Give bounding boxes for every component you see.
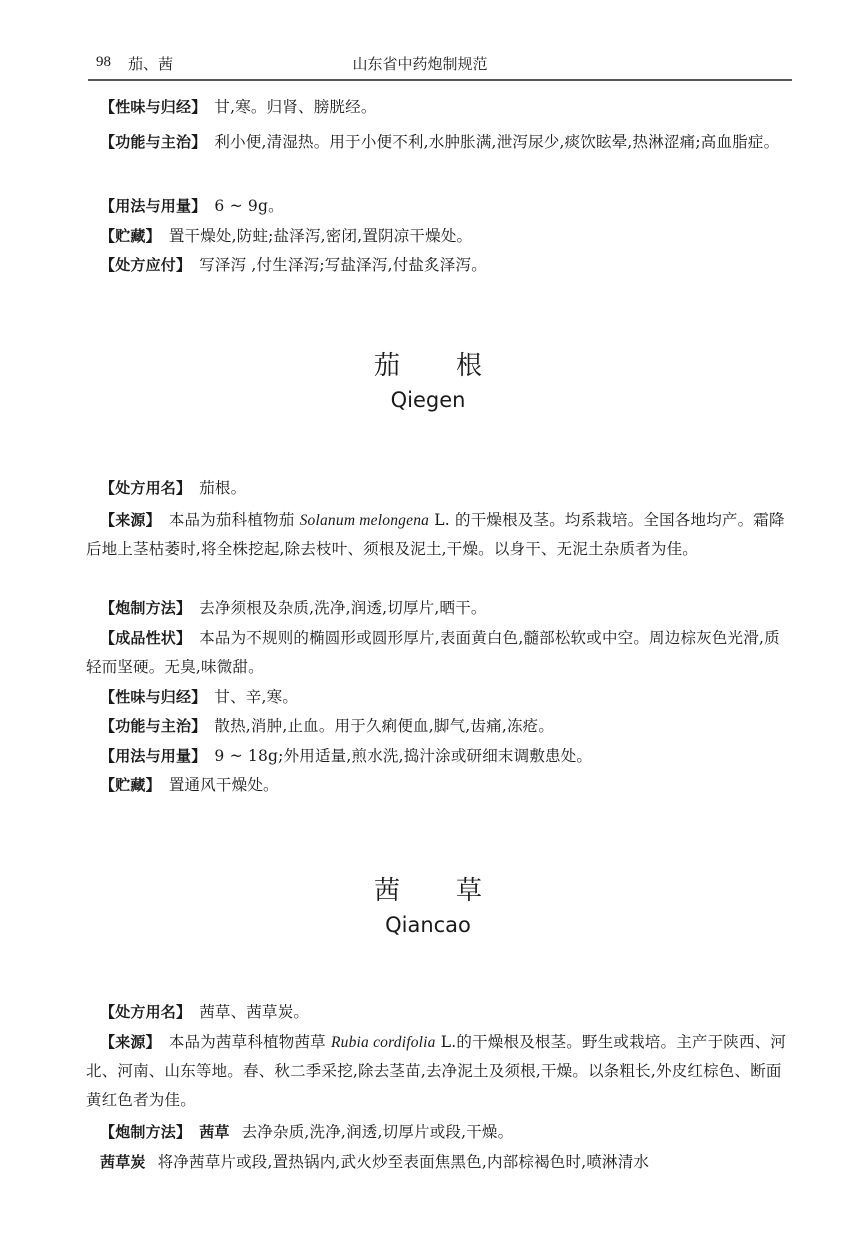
prev-xingwei: 【性味与归经】甘,寒。归肾、膀胱经。 [86, 93, 792, 122]
qiegen-paozhi: 【炮制方法】去净须根及杂质,洗净,润透,切厚片,晒干。 [86, 594, 792, 623]
section-label: 【处方应付】 [100, 256, 191, 274]
latin-name: Rubia cordifolia [331, 1034, 436, 1051]
prev-gongneng: 【功能与主治】利小便,清湿热。用于小便不利,水肿胀满,泄泻尿少,痰饮眩晕,热淋涩… [86, 128, 792, 157]
qiegen-xingzhuang: 【成品性状】本品为不规则的椭圆形或圆形厚片,表面黄白色,髓部松软或中空。周边棕灰… [86, 624, 792, 682]
qiancao-paozhi: 【炮制方法】茜草去净杂质,洗净,润透,切厚片或段,干燥。 [86, 1118, 792, 1147]
qiegen-yongfa: 【用法与用量】9 ~ 18g;外用适量,煎水洗,捣汁涂或研细末调敷患处。 [86, 742, 792, 771]
qiegen-zhucang: 【贮藏】置通风干燥处。 [86, 771, 792, 800]
qiegen-laiyuan: 【来源】本品为茄科植物茄 Solanum melongena L. 的干燥根及茎… [86, 506, 792, 564]
prev-yongfa: 【用法与用量】6 ~ 9g。 [86, 192, 792, 221]
section-label: 【用法与用量】 [100, 197, 206, 215]
page-header: 98 茄、茜 山东省中药炮制规范 [90, 50, 790, 80]
section-label: 【功能与主治】 [100, 133, 206, 151]
prev-chufang: 【处方应付】写泽泻 ,付生泽泻;写盐泽泻,付盐炙泽泻。 [86, 251, 792, 280]
latin-name: Solanum melongena [300, 512, 430, 529]
herb-chinese-name: 茄根 [0, 345, 856, 382]
qiegen-chufang-yongming: 【处方用名】茄根。 [86, 474, 792, 503]
qiegen-xingwei: 【性味与归经】甘、辛,寒。 [86, 683, 792, 712]
sublabel: 茜草炭 [100, 1153, 146, 1171]
qiancao-paozhi-tan: 茜草炭将净茜草片或段,置热锅内,武火炒至表面焦黑色,内部棕褐色时,喷淋清水 [86, 1148, 792, 1177]
sublabel: 茜草 [199, 1123, 229, 1141]
qiancao-laiyuan: 【来源】本品为茜草科植物茜草 Rubia cordifolia L.的干燥根及根… [86, 1028, 792, 1115]
herb-pinyin: Qiegen [0, 388, 856, 412]
herb-title-qiegen: 茄根 Qiegen [0, 345, 856, 412]
prev-zhucang: 【贮藏】置干燥处,防蛀;盐泽泻,密闭,置阴凉干燥处。 [86, 222, 792, 251]
qiegen-gongneng: 【功能与主治】散热,消肿,止血。用于久痢便血,脚气,齿痛,冻疮。 [86, 712, 792, 741]
herb-pinyin: Qiancao [0, 913, 856, 937]
book-title: 山东省中药炮制规范 [90, 53, 790, 74]
section-text: 写泽泻 ,付生泽泻;写盐泽泻,付盐炙泽泻。 [199, 256, 487, 274]
section-label: 【性味与归经】 [100, 98, 206, 116]
section-text: 甘,寒。归肾、膀胱经。 [214, 98, 376, 116]
section-text: 6 ~ 9g。 [214, 197, 283, 215]
herb-chinese-name: 茜草 [0, 870, 856, 907]
header-rule [88, 79, 792, 81]
section-text: 置干燥处,防蛀;盐泽泻,密闭,置阴凉干燥处。 [169, 227, 472, 245]
section-label: 【贮藏】 [100, 227, 161, 245]
herb-title-qiancao: 茜草 Qiancao [0, 870, 856, 937]
qiancao-chufang-yongming: 【处方用名】茜草、茜草炭。 [86, 998, 792, 1027]
section-text: 利小便,清湿热。用于小便不利,水肿胀满,泄泻尿少,痰饮眩晕,热淋涩痛;高血脂症。 [214, 133, 779, 151]
